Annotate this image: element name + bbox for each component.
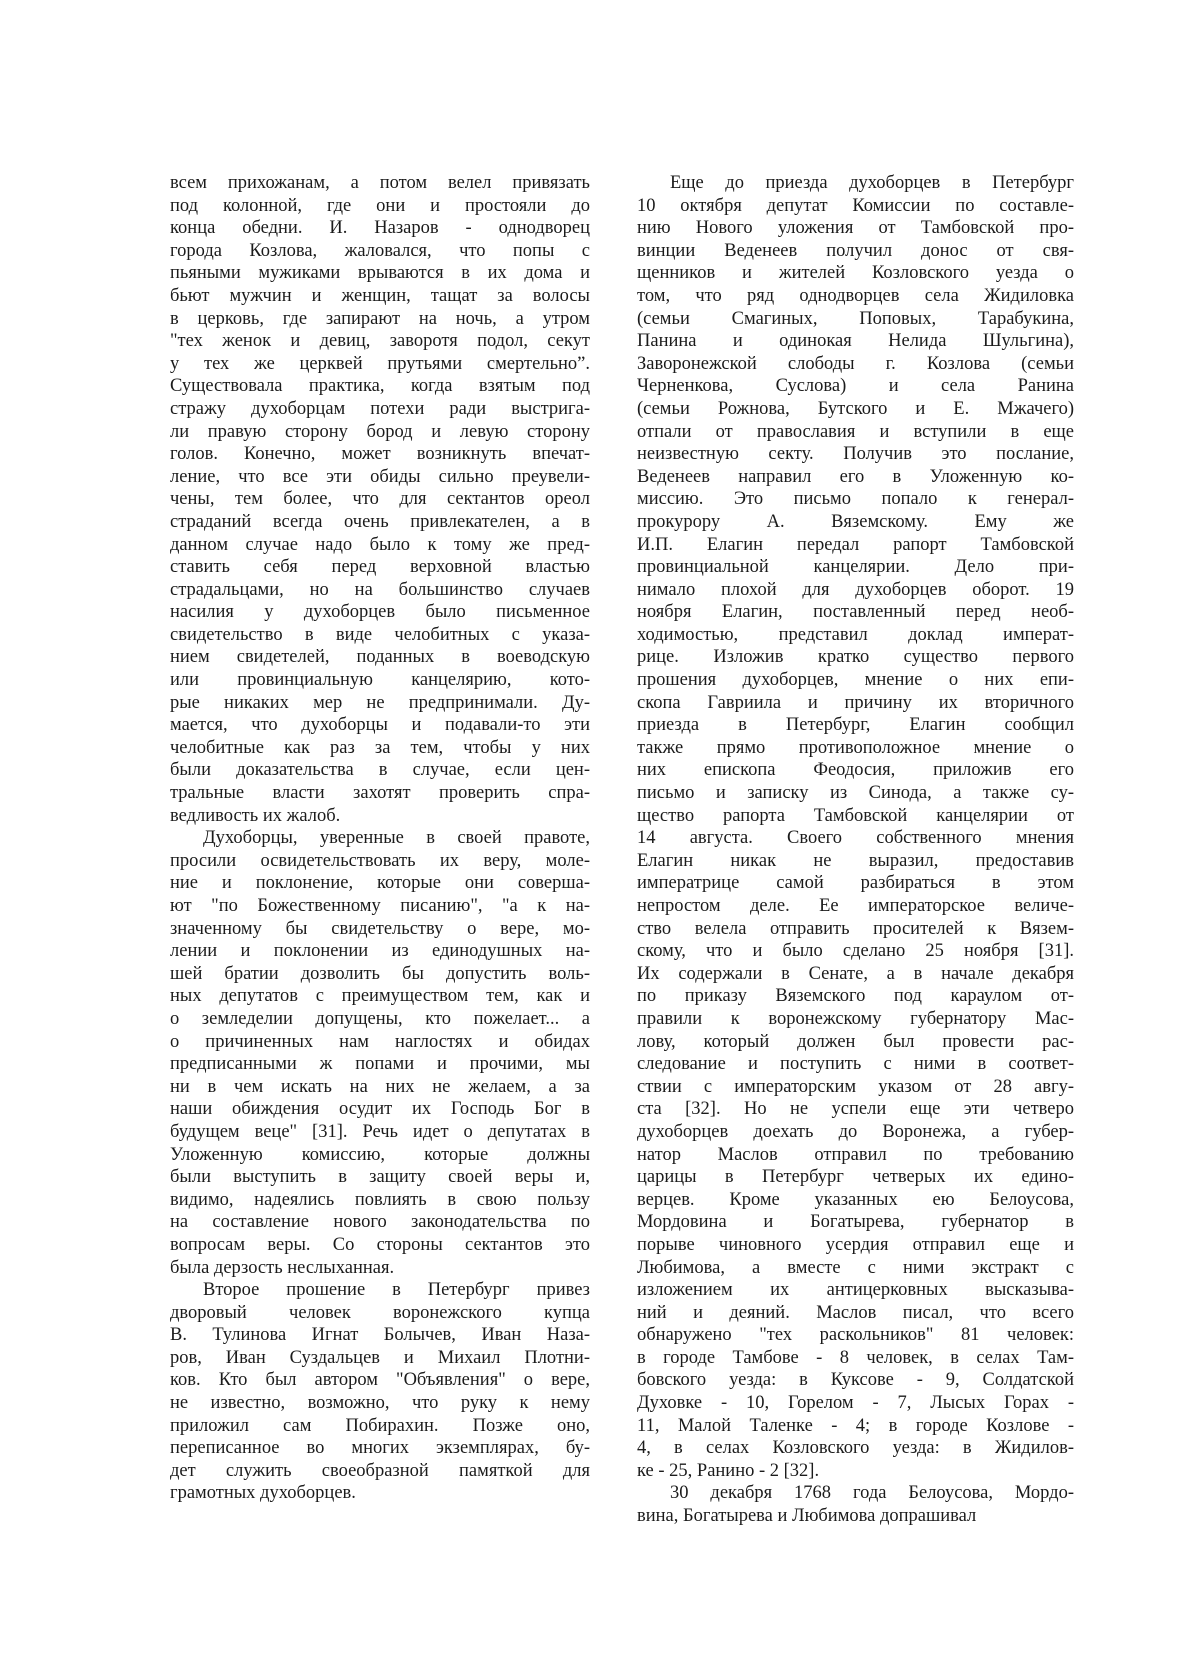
- text-line: 4, в селах Козловского уезда: в Жидилов-: [637, 1437, 1074, 1460]
- text-line: щенников и жителей Козловского уезда о: [637, 262, 1074, 285]
- text-line: вина, Богатырева и Любимова допрашивал: [637, 1505, 1074, 1528]
- text-line: императрице самой разбираться в этом: [637, 872, 1074, 895]
- text-line: ных депутатов с преимуществом тем, как и: [170, 985, 590, 1008]
- text-line: страданий всегда очень привлекателен, а …: [170, 511, 590, 534]
- text-line: были доказательства в случае, если цен-: [170, 759, 590, 782]
- text-line: щество рапорта Тамбовской канцелярии от: [637, 805, 1074, 828]
- text-line: или провинциальную канцелярию, кото-: [170, 669, 590, 692]
- text-line: рице. Изложив кратко существо первого: [637, 646, 1074, 669]
- text-line: о причиненных нам наглостях и обидах: [170, 1031, 590, 1054]
- text-line: (семьи Рожнова, Бутского и Е. Мжачего): [637, 398, 1074, 421]
- text-line: духоборцев доехать до Воронежа, а губер-: [637, 1121, 1074, 1144]
- text-line: ста [32]. Но не успели еще эти четверо: [637, 1098, 1074, 1121]
- text-line: по приказу Вяземского под караулом от-: [637, 985, 1074, 1008]
- text-line: ков. Кто был автором "Объявления" о вере…: [170, 1369, 590, 1392]
- text-line: ходимостью, представил доклад императ-: [637, 624, 1074, 647]
- text-line: непростом деле. Ее императорское величе-: [637, 895, 1074, 918]
- text-line: нием свидетелей, поданных в воеводскую: [170, 646, 590, 669]
- text-line: Существовала практика, когда взятым под: [170, 375, 590, 398]
- text-line: шей братии дозволить бы допустить воль-: [170, 963, 590, 986]
- text-line: страдальцами, но на большинство случаев: [170, 579, 590, 602]
- text-line: всем прихожанам, а потом велел привязать: [170, 172, 590, 195]
- text-line: ление, что все эти обиды сильно преувели…: [170, 466, 590, 489]
- text-line: насилия у духоборцев было письменное: [170, 601, 590, 624]
- text-line: дворовый человек воронежского купца: [170, 1302, 590, 1325]
- text-line: ведливость их жалоб.: [170, 805, 590, 828]
- text-line: наши обиждения осудит их Господь Бог в: [170, 1098, 590, 1121]
- text-line: 30 декабря 1768 года Белоусова, Мордо-: [637, 1482, 1074, 1505]
- text-line: приезда в Петербург, Елагин сообщил: [637, 714, 1074, 737]
- text-line: нимало плохой для духоборцев оборот. 19: [637, 579, 1074, 602]
- text-line: 14 августа. Своего собственного мнения: [637, 827, 1074, 850]
- text-line: бовского уезда: в Куксове - 9, Солдатско…: [637, 1369, 1074, 1392]
- text-line: ство велела отправить просителей к Вязем…: [637, 918, 1074, 941]
- text-line: видимо, надеялись повлиять в свою пользу: [170, 1189, 590, 1212]
- text-line: них епископа Феодосия, приложив его: [637, 759, 1074, 782]
- text-line: правили к воронежскому губернатору Мас-: [637, 1008, 1074, 1031]
- text-line: стражу духоборцам потехи ради выстрига-: [170, 398, 590, 421]
- text-line: переписанное во многих экземплярах, бу-: [170, 1437, 590, 1460]
- text-line: просили освидетельствовать их веру, моле…: [170, 850, 590, 873]
- text-line: ли правую сторону бород и левую сторону: [170, 421, 590, 444]
- text-line: миссию. Это письмо попало к генерал-: [637, 488, 1074, 511]
- text-line: Елагин никак не выразил, предоставив: [637, 850, 1074, 873]
- text-line: дет служить своеобразной памяткой для: [170, 1460, 590, 1483]
- text-line: скому, что и было сделано 25 ноября [31]…: [637, 940, 1074, 963]
- text-line: неизвестную секту. Получив это послание,: [637, 443, 1074, 466]
- text-line: приложил сам Побирахин. Позже оно,: [170, 1415, 590, 1438]
- text-line: челобитные как раз за тем, чтобы у них: [170, 737, 590, 760]
- text-line: "тех женок и девиц, заворотя подол, секу…: [170, 330, 590, 353]
- text-line: обнаружено "тех раскольников" 81 человек…: [637, 1324, 1074, 1347]
- text-line: И.П. Елагин передал рапорт Тамбовской: [637, 534, 1074, 557]
- text-line: были выступить в защиту своей веры и,: [170, 1166, 590, 1189]
- text-line: значенному бы свидетельству о вере, мо-: [170, 918, 590, 941]
- text-line: скопа Гавриила и причину их вторичного: [637, 692, 1074, 715]
- text-line: на составление нового законодательства п…: [170, 1211, 590, 1234]
- text-line: 11, Малой Таленке - 4; в городе Козлове …: [637, 1415, 1074, 1438]
- text-column-left: всем прихожанам, а потом велел привязать…: [170, 172, 590, 1505]
- text-line: провинциальной канцелярии. Дело при-: [637, 556, 1074, 579]
- text-line: данном случае надо было к тому же пред-: [170, 534, 590, 557]
- text-line: В. Тулинова Игнат Болычев, Иван Наза-: [170, 1324, 590, 1347]
- text-line: прокурору А. Вяземскому. Ему же: [637, 511, 1074, 534]
- text-line: Еще до приезда духоборцев в Петербург: [637, 172, 1074, 195]
- text-line: порыве чиновного усердия отправил еще и: [637, 1234, 1074, 1257]
- text-line: Черненкова, Суслова) и села Ранина: [637, 375, 1074, 398]
- text-line: том, что ряд однодворцев села Жидиловка: [637, 285, 1074, 308]
- text-line: мается, что духоборцы и подавали-то эти: [170, 714, 590, 737]
- text-line: Их содержали в Сенате, а в начале декабр…: [637, 963, 1074, 986]
- text-column-right: Еще до приезда духоборцев в Петербург10 …: [637, 172, 1074, 1528]
- text-line: ни в чем искать на них не желаем, а за: [170, 1076, 590, 1099]
- text-line: Духоборцы, уверенные в своей правоте,: [170, 827, 590, 850]
- paragraph: всем прихожанам, а потом велел привязать…: [170, 172, 590, 827]
- text-line: Духовке - 10, Горелом - 7, Лысых Горах -: [637, 1392, 1074, 1415]
- text-line: Второе прошение в Петербург привез: [170, 1279, 590, 1302]
- text-line: чены, тем более, что для сектантов ореол: [170, 488, 590, 511]
- text-line: у тех же церквей прутьями смертельно”.: [170, 353, 590, 376]
- text-line: ставить себя перед верховной властью: [170, 556, 590, 579]
- document-page: всем прихожанам, а потом велел привязать…: [0, 0, 1177, 1663]
- text-line: была дерзость неслыханная.: [170, 1257, 590, 1280]
- text-line: Веденеев направил его в Уложенную ко-: [637, 466, 1074, 489]
- text-line: нию Нового уложения от Тамбовской про-: [637, 217, 1074, 240]
- text-line: ние и поклонение, которые они соверша-: [170, 872, 590, 895]
- text-line: свидетельство в виде челобитных с указа-: [170, 624, 590, 647]
- text-line: пьяными мужиками врываются в их дома и: [170, 262, 590, 285]
- text-line: письмо и записку из Синода, а также су-: [637, 782, 1074, 805]
- text-line: ний и деяний. Маслов писал, что всего: [637, 1302, 1074, 1325]
- text-line: будущем веце" [31]. Речь идет о депутата…: [170, 1121, 590, 1144]
- text-line: в городе Тамбове - 8 человек, в селах Та…: [637, 1347, 1074, 1370]
- text-line: ют "по Божественному писанию", "а к на-: [170, 895, 590, 918]
- paragraph: Еще до приезда духоборцев в Петербург10 …: [637, 172, 1074, 1482]
- text-line: прошения духоборцев, мнение о них епи-: [637, 669, 1074, 692]
- text-line: не известно, возможно, что руку к нему: [170, 1392, 590, 1415]
- text-line: грамотных духоборцев.: [170, 1482, 590, 1505]
- text-line: рые никаких мер не предпринимали. Ду-: [170, 692, 590, 715]
- text-line: ноября Елагин, поставленный перед необ-: [637, 601, 1074, 624]
- paragraph: Второе прошение в Петербург привездворов…: [170, 1279, 590, 1505]
- text-line: ствии с императорским указом от 28 авгу-: [637, 1076, 1074, 1099]
- text-line: ров, Иван Суздальцев и Михаил Плотни-: [170, 1347, 590, 1370]
- text-line: тральные власти захотят проверить спра-: [170, 782, 590, 805]
- text-line: Любимова, а вместе с ними экстракт с: [637, 1257, 1074, 1280]
- text-line: винции Веденеев получил донос от свя-: [637, 240, 1074, 263]
- text-line: ке - 25, Ранино - 2 [32].: [637, 1460, 1074, 1483]
- text-line: Мордовина и Богатырева, губернатор в: [637, 1211, 1074, 1234]
- paragraph: Духоборцы, уверенные в своей правоте,про…: [170, 827, 590, 1279]
- text-line: царицы в Петербург четверых их едино-: [637, 1166, 1074, 1189]
- text-line: вопросам веры. Со стороны сектантов это: [170, 1234, 590, 1257]
- text-line: также прямо противоположное мнение о: [637, 737, 1074, 760]
- text-line: Панина и одинокая Нелида Шульгина),: [637, 330, 1074, 353]
- text-line: о земледелии допущены, кто пожелает... а: [170, 1008, 590, 1031]
- text-line: отпали от православия и вступили в еще: [637, 421, 1074, 444]
- text-line: города Козлова, жаловался, что попы с: [170, 240, 590, 263]
- text-line: под колонной, где они и простояли до: [170, 195, 590, 218]
- text-line: следование и поступить с ними в соответ-: [637, 1053, 1074, 1076]
- text-line: Уложенную комиссию, которые должны: [170, 1144, 590, 1167]
- text-line: бьют мужчин и женщин, тащат за волосы: [170, 285, 590, 308]
- text-line: голов. Конечно, может возникнуть впечат-: [170, 443, 590, 466]
- paragraph: 30 декабря 1768 года Белоусова, Мордо-ви…: [637, 1482, 1074, 1527]
- text-line: натор Маслов отправил по требованию: [637, 1144, 1074, 1167]
- text-line: Заворонежской слободы г. Козлова (семьи: [637, 353, 1074, 376]
- text-line: лении и поклонении из единодушных на-: [170, 940, 590, 963]
- text-line: 10 октября депутат Комиссии по составле-: [637, 195, 1074, 218]
- text-line: верцев. Кроме указанных ею Белоусова,: [637, 1189, 1074, 1212]
- text-line: в церковь, где запирают на ночь, а утром: [170, 308, 590, 331]
- text-line: изложением их антицерковных высказыва-: [637, 1279, 1074, 1302]
- text-line: предписанными ж попами и прочими, мы: [170, 1053, 590, 1076]
- text-line: (семьи Смагиных, Поповых, Тарабукина,: [637, 308, 1074, 331]
- text-line: лову, который должен был провести рас-: [637, 1031, 1074, 1054]
- text-line: конца обедни. И. Назаров - однодворец: [170, 217, 590, 240]
